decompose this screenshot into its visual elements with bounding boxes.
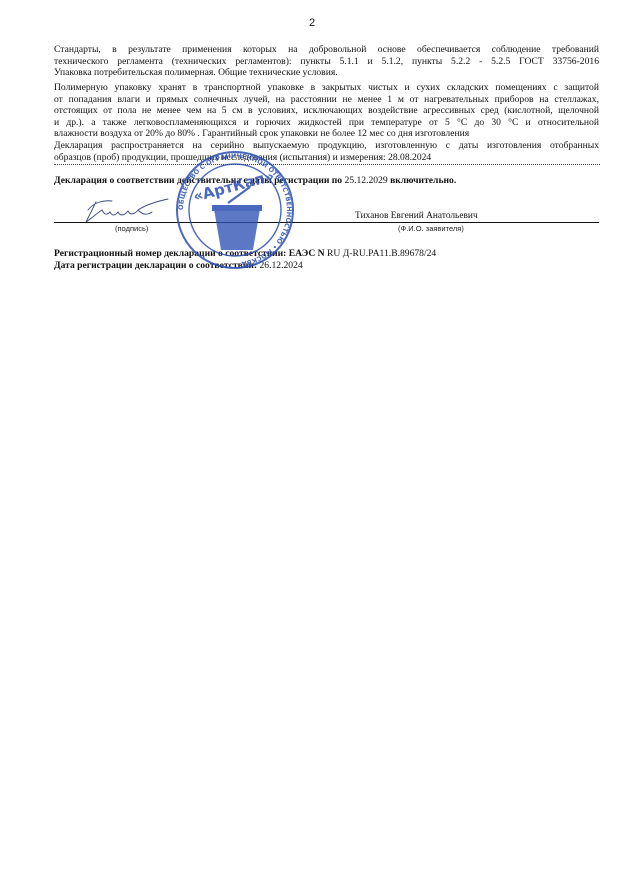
text-line: технического регламента (технических рег… [54, 56, 599, 68]
text-line: Декларация распространяется на серийно в… [54, 140, 599, 152]
registration-date: Дата регистрации декларации о соответств… [54, 260, 303, 271]
text-line: и др.). а также легковоспламеняющихся и … [54, 117, 599, 129]
applicant-name: Тиханов Евгений Анатольевич [355, 211, 478, 221]
text-line: Стандарты, в результате применения котор… [54, 44, 599, 56]
validity-prefix: Декларация о соответствии действительна … [54, 175, 342, 186]
signature-line [54, 222, 294, 223]
validity-date: 25.12.2029 [345, 175, 388, 186]
text-line: от попадания влаги и прямых солнечных лу… [54, 94, 599, 106]
text-line: Полимерную упаковку хранят в транспортно… [54, 82, 599, 94]
page-number: 2 [0, 17, 624, 29]
name-line [290, 222, 599, 223]
registration-number-value: RU Д-RU.PA11.B.89678/24 [327, 248, 436, 259]
dotted-divider [54, 164, 600, 165]
registration-number-label: Регистрационный номер декларации о соотв… [54, 248, 325, 259]
registration-date-value: 26.12.2024 [260, 260, 303, 271]
text-line: отстоящих от пола не менее чем на 5 см в… [54, 105, 599, 117]
registration-date-label: Дата регистрации декларации о соответств… [54, 260, 257, 271]
standards-paragraph: Стандарты, в результате применения котор… [54, 44, 599, 79]
validity-suffix: включительно. [390, 175, 456, 186]
text-line: влажности воздуха от 20% до 80% . Гарант… [54, 128, 599, 140]
signature-caption: (подпись) [115, 224, 148, 233]
validity-statement: Декларация о соответствии действительна … [54, 175, 456, 186]
text-line: Упаковка потребительская полимерная. Общ… [54, 67, 599, 79]
storage-paragraph: Полимерную упаковку хранят в транспортно… [54, 82, 599, 140]
stamp-brand: «АртКап» [191, 167, 276, 206]
registration-number: Регистрационный номер декларации о соотв… [54, 248, 436, 259]
text-line: образцов (проб) продукции, прошедших исс… [54, 152, 599, 164]
scope-paragraph: Декларация распространяется на серийно в… [54, 140, 599, 163]
applicant-caption: (Ф.И.О. заявителя) [398, 224, 464, 233]
